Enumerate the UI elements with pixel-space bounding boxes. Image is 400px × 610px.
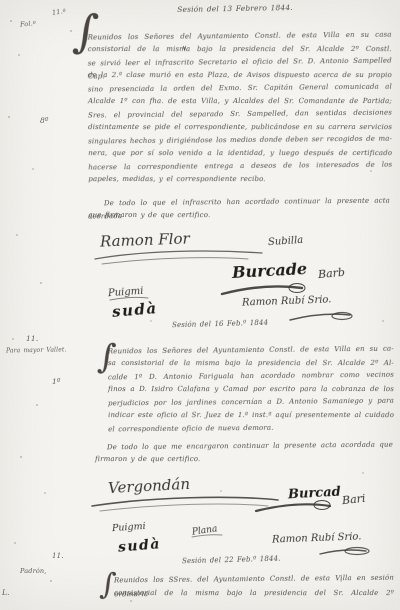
rubric-ramon-rubi (290, 314, 350, 320)
signature-suda-2: sudà (117, 536, 161, 556)
margin-entry2-item: 1º (52, 377, 61, 386)
signature-suda: sudà (111, 299, 158, 321)
session-note-22-feb: Sesión del 22 Feb.º 1844. (182, 555, 281, 566)
closing-line: De todo lo que me encargaron continuar l… (95, 439, 393, 454)
margin-entry1-item: 8º (40, 116, 49, 125)
signature-plana: Plana (191, 524, 218, 537)
rubric-burcade-blob (289, 284, 305, 293)
signature-burcade: Burcade (232, 259, 308, 282)
signature-barb: Barb (317, 266, 345, 281)
signature-vergondan: Vergondán (108, 475, 191, 497)
entry3-line: consistorial de la misma bajo la preside… (114, 586, 394, 600)
paper-speckles (10, 20, 12, 22)
signature-ramon-rubi: Ramon Rubí Srio. (242, 294, 332, 308)
rubric-burcade (222, 286, 302, 294)
margin-top-folio: Fol.º (20, 19, 37, 28)
closing-line: que firmaron y de que certifico. (88, 208, 390, 221)
entry1-line: papeles, medidas, y el correspondiente r… (88, 173, 392, 186)
corner-mark: L. (2, 588, 10, 597)
rubric-ramon-flor-2 (102, 258, 248, 264)
closing-line: De todo lo que el infrascrito han acorda… (88, 195, 390, 210)
rubric-ramon-rubi-2 (320, 550, 366, 554)
session-header-date: Sesión del 13 Febrero 1844. (150, 3, 320, 15)
signature-burcad: Burcad (288, 485, 341, 503)
signature-puigmi: Puigmi (108, 286, 144, 299)
margin-top-number: 11.ª (52, 7, 67, 17)
entry2-line: Reunidos los Señores del Ayuntamiento Co… (108, 343, 394, 359)
session-note-16-feb: Sesión del 16 Feb.º 1844 (172, 319, 268, 330)
rubric-ramon-rubi-loop (332, 313, 352, 320)
rubric-vergondan-2 (100, 504, 268, 511)
rubric-burcad-2-blob (314, 501, 330, 510)
signature-ramon-rubi-2: Ramon Rubí Srio. (272, 531, 362, 545)
signature-puigmi-2: Puigmi (112, 521, 146, 534)
margin-entry2-number: 11. (26, 334, 38, 343)
entry3-paragraph: Reunidos los SSres. del Ayuntamiento Con… (114, 572, 394, 600)
entry2-closing: De todo lo que me encargaron continuar l… (95, 439, 393, 465)
rubric-ramon-rubi-2-loop (345, 548, 369, 555)
signature-ramon-flor: Ramon Flor (100, 229, 190, 250)
closing-line: firmaron y de que certifico. (95, 452, 393, 465)
entry1-closing: De todo lo que el infrascrito han acorda… (88, 195, 390, 221)
entry3-line: Reunidos los SSres. del Ayuntamiento Con… (114, 572, 394, 588)
margin-entry2-note: Para mayor Vallet. (6, 346, 67, 354)
entry2-paragraph: Reunidos los Señores del Ayuntamiento Co… (108, 343, 394, 435)
rubric-ramon-flor (95, 251, 262, 259)
entry1-paragraph: Reunidos los Señores del Ayuntamiento Co… (88, 29, 393, 186)
rubric-vergondan (92, 497, 278, 506)
rubric-burcad-2 (256, 504, 330, 511)
signature-bari: Bari (341, 492, 366, 507)
signature-subilla: Subilla (268, 235, 304, 248)
manuscript-page: Sesión del 13 Febrero 1844. 11.ª Fol.º ∫… (0, 0, 400, 610)
margin-entry3-note: Padrón, (20, 567, 46, 575)
entry2-line: el correspondiente oficio de nueva demor… (108, 421, 394, 437)
margin-entry3-number: 11. (52, 552, 64, 560)
